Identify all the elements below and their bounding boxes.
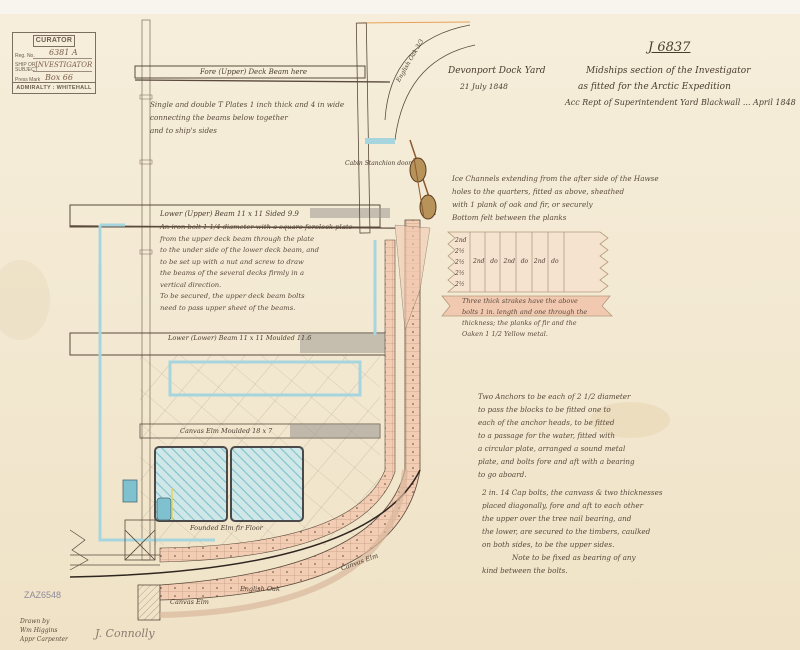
title-subject: Midships section of the Investigator — [586, 66, 751, 76]
drawn-by: Drawn by Wm Higgins Appr Carpenter — [20, 617, 68, 644]
floor-label: Founded Elm fir Floor — [190, 524, 263, 532]
reference-number: J 6837 — [648, 40, 690, 55]
note-iron-bolt: An iron bolt 1 1/4 diameter with a squar… — [160, 222, 353, 314]
reg-label: Reg. No. — [15, 53, 35, 59]
stamp-footer: ADMIRALTY : WHITEHALL — [13, 82, 95, 93]
title-dockyard: Devonport Dock Yard — [448, 66, 545, 76]
signature: J. Connolly — [95, 627, 155, 640]
plank-table-row-labels: 2nd 2½ 2½ 2½ 2½ — [455, 235, 467, 290]
outer-plank-label-1: Canvas Elm — [170, 598, 209, 606]
upper-deck-label: Fore (Upper) Deck Beam here — [200, 68, 307, 76]
title-purpose: as fitted for the Arctic Expedition — [578, 82, 731, 92]
catalogue-number: ZAZ6548 — [24, 590, 61, 600]
lower-deck-label: Lower (Lower) Beam 11 x 11 Moulded 11.6 — [168, 334, 311, 342]
ship-value: INVESTIGATOR — [35, 61, 92, 69]
curator-stamp: CURATOR Reg. No. 6381 A SHIP OR SUBJECT … — [12, 32, 96, 94]
note-t-plates: Single and double T Plates 1 inch thick … — [150, 98, 344, 137]
reg-value: 6381 A — [49, 48, 78, 57]
drawing-sheet: CURATOR Reg. No. 6381 A SHIP OR SUBJECT … — [0, 0, 800, 650]
note-cap-bolts: 2 in. 14 Cap bolts, the canvass & two th… — [482, 486, 663, 577]
note-ice-channels: Ice Channels extending from the after si… — [452, 172, 659, 224]
middle-deck-label: Lower (Upper) Beam 11 x 11 Sided 9.9 — [160, 210, 299, 218]
orlop-label: Canvas Elm Moulded 18 x 7 — [180, 427, 272, 435]
outer-plank-label-2: English Oak — [240, 585, 280, 593]
title-date: 21 July 1848 — [460, 82, 508, 91]
press-value: Box 66 — [45, 73, 73, 82]
plank-table-cells: 2nd do 2nd do 2nd do — [473, 258, 559, 265]
stamp-header: CURATOR — [33, 35, 75, 47]
note-strakes: Three thick strakes have the above bolts… — [462, 296, 587, 340]
note-anchors: Two Anchors to be each of 2 1/2 diameter… — [478, 390, 635, 481]
title-approval: Acc Rept of Superintendent Yard Blackwal… — [565, 98, 796, 107]
bulwark-label: Cabin Stanchion door — [345, 160, 411, 167]
